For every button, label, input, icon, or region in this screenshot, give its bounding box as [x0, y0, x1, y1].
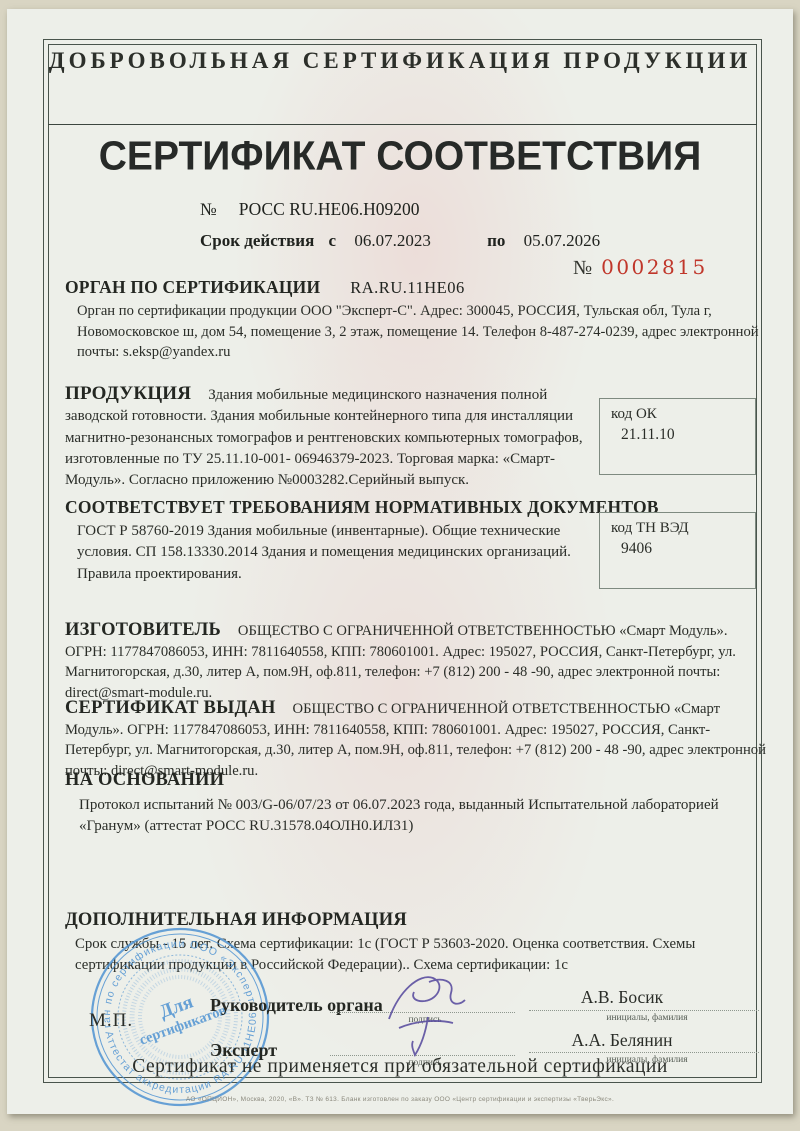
expert-name-line	[529, 1052, 759, 1053]
ok-code-box: код ОК 21.11.10	[599, 398, 756, 475]
head-name-caption: инициалы, фамилия	[567, 1013, 727, 1023]
validity-to-date: 05.07.2026	[524, 231, 601, 250]
section-certification-body-label: ОРГАН ПО СЕРТИФИКАЦИИ	[65, 277, 320, 297]
tnved-code-value: 9406	[621, 540, 755, 558]
head-name-line	[529, 1010, 759, 1011]
section-certification-body: ОРГАН ПО СЕРТИФИКАЦИИRA.RU.11НЕ06 Орган …	[65, 277, 765, 363]
section-basis-label: НА ОСНОВАНИИ	[65, 770, 224, 790]
section-basis: НА ОСНОВАНИИ Протокол испытаний № 003/G-…	[65, 770, 765, 838]
certification-body-code: RA.RU.11НЕ06	[350, 278, 464, 297]
footnote: Сертификат не применяется при обязательн…	[7, 1056, 793, 1078]
print-imprint: АО «ОПЦИОН», Москва, 2020, «В». ТЗ № 613…	[0, 1096, 800, 1103]
certificate-title: СЕРТИФИКАТ СООТВЕТСТВИЯ	[7, 134, 793, 180]
number-value: РОСС RU.НЕ06.Н09200	[239, 199, 420, 219]
header-divider	[48, 124, 757, 125]
certificate-scan: { "banner": "ДОБРОВОЛЬНАЯ СЕРТИФИКАЦИЯ П…	[0, 0, 800, 1131]
basis-text: Протокол испытаний № 003/G-06/07/23 от 0…	[79, 795, 769, 838]
tnved-code-label: код ТН ВЭД	[611, 520, 689, 536]
validity-from-label: с	[329, 231, 337, 250]
certificate-number: №РОСС RU.НЕ06.Н09200	[200, 199, 420, 220]
section-product-label: ПРОДУКЦИЯ	[65, 383, 191, 404]
section-product: ПРОДУКЦИЯ Здания мобильные медицинского …	[65, 383, 613, 491]
conformity-text: ГОСТ Р 58760-2019 Здания мобильные (инве…	[77, 521, 605, 585]
section-issued-to-label: СЕРТИФИКАТ ВЫДАН	[65, 698, 276, 718]
mp-seal-label: М.П.	[89, 1010, 133, 1032]
validity-label: Срок действия	[200, 231, 314, 250]
banner-title: ДОБРОВОЛЬНАЯ СЕРТИФИКАЦИЯ ПРОДУКЦИИ	[7, 48, 793, 74]
head-name: А.В. Босик	[537, 987, 707, 1008]
ok-code-label: код ОК	[611, 406, 657, 422]
ok-code-value: 21.11.10	[621, 426, 755, 444]
blank-number-sign: №	[573, 257, 593, 279]
expert-signature-ink	[395, 1014, 465, 1059]
number-sign: №	[200, 199, 217, 219]
section-manufacturer-label: ИЗГОТОВИТЕЛЬ	[65, 620, 221, 640]
section-conformity-label: СООТВЕТСТВУЕТ ТРЕБОВАНИЯМ НОРМАТИВНЫХ ДО…	[65, 497, 659, 517]
section-manufacturer: ИЗГОТОВИТЕЛЬ ОБЩЕСТВО С ОГРАНИЧЕННОЙ ОТВ…	[65, 620, 767, 704]
tnved-code-box: код ТН ВЭД 9406	[599, 512, 756, 589]
validity-to-label: по	[487, 231, 505, 250]
expert-name: А.А. Белянин	[537, 1030, 707, 1051]
blank-number-value: 0002815	[601, 255, 708, 279]
validity-from-date: 06.07.2023	[354, 231, 431, 250]
validity-row: Срок действия с 06.07.2023 по 05.07.2026	[200, 231, 600, 251]
certificate-paper: ДОБРОВОЛЬНАЯ СЕРТИФИКАЦИЯ ПРОДУКЦИИ СЕРТ…	[7, 9, 793, 1114]
certification-body-text: Орган по сертификации продукции ООО "Экс…	[77, 301, 769, 363]
